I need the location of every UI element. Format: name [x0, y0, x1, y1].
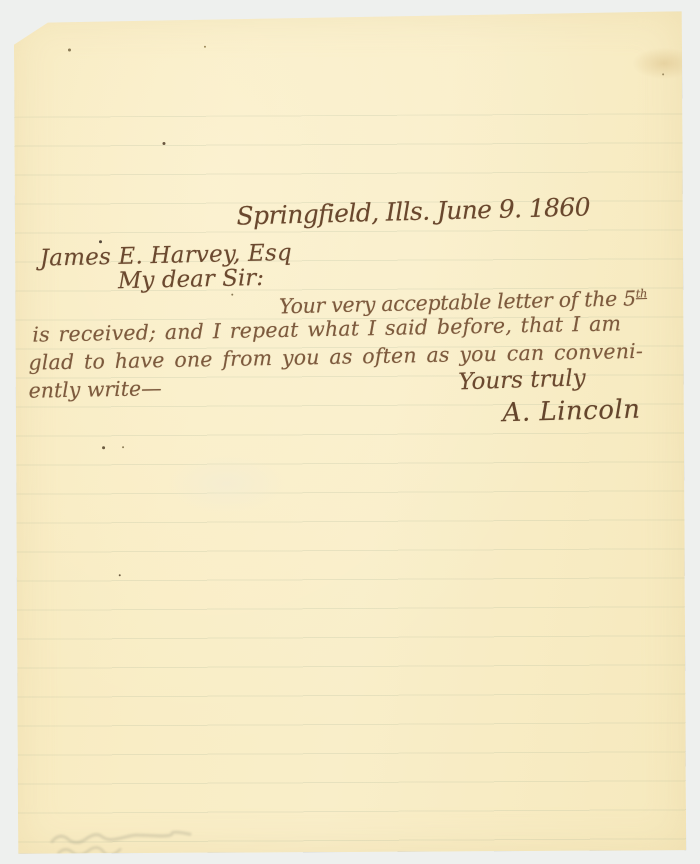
- ink-bleed-through: [48, 825, 219, 864]
- paper-speck: [68, 48, 71, 51]
- paper-speck: [119, 574, 121, 576]
- paper-speck: [102, 446, 105, 449]
- ordinal-superscript: th: [636, 287, 647, 300]
- closing-line: Yours truly: [458, 365, 586, 395]
- paper-speck: [204, 46, 206, 48]
- scan-background: Springfield, Ills. June 9. 1860 James E.…: [0, 0, 700, 864]
- paper-speck: [662, 73, 664, 75]
- dateline: Springfield, Ills. June 9. 1860: [236, 192, 590, 230]
- signature: A. Lincoln: [502, 395, 641, 429]
- paper-stain: [166, 453, 286, 514]
- paper-speck: [99, 240, 102, 243]
- letter-paper: Springfield, Ills. June 9. 1860 James E.…: [14, 11, 686, 853]
- body-line-4: ently write—: [28, 376, 161, 403]
- paper-stain: [632, 47, 696, 79]
- salutation: My dear Sir:: [118, 265, 265, 294]
- paper-speck: [162, 142, 165, 145]
- paper-speck: [231, 294, 233, 296]
- paper-speck: [122, 446, 124, 448]
